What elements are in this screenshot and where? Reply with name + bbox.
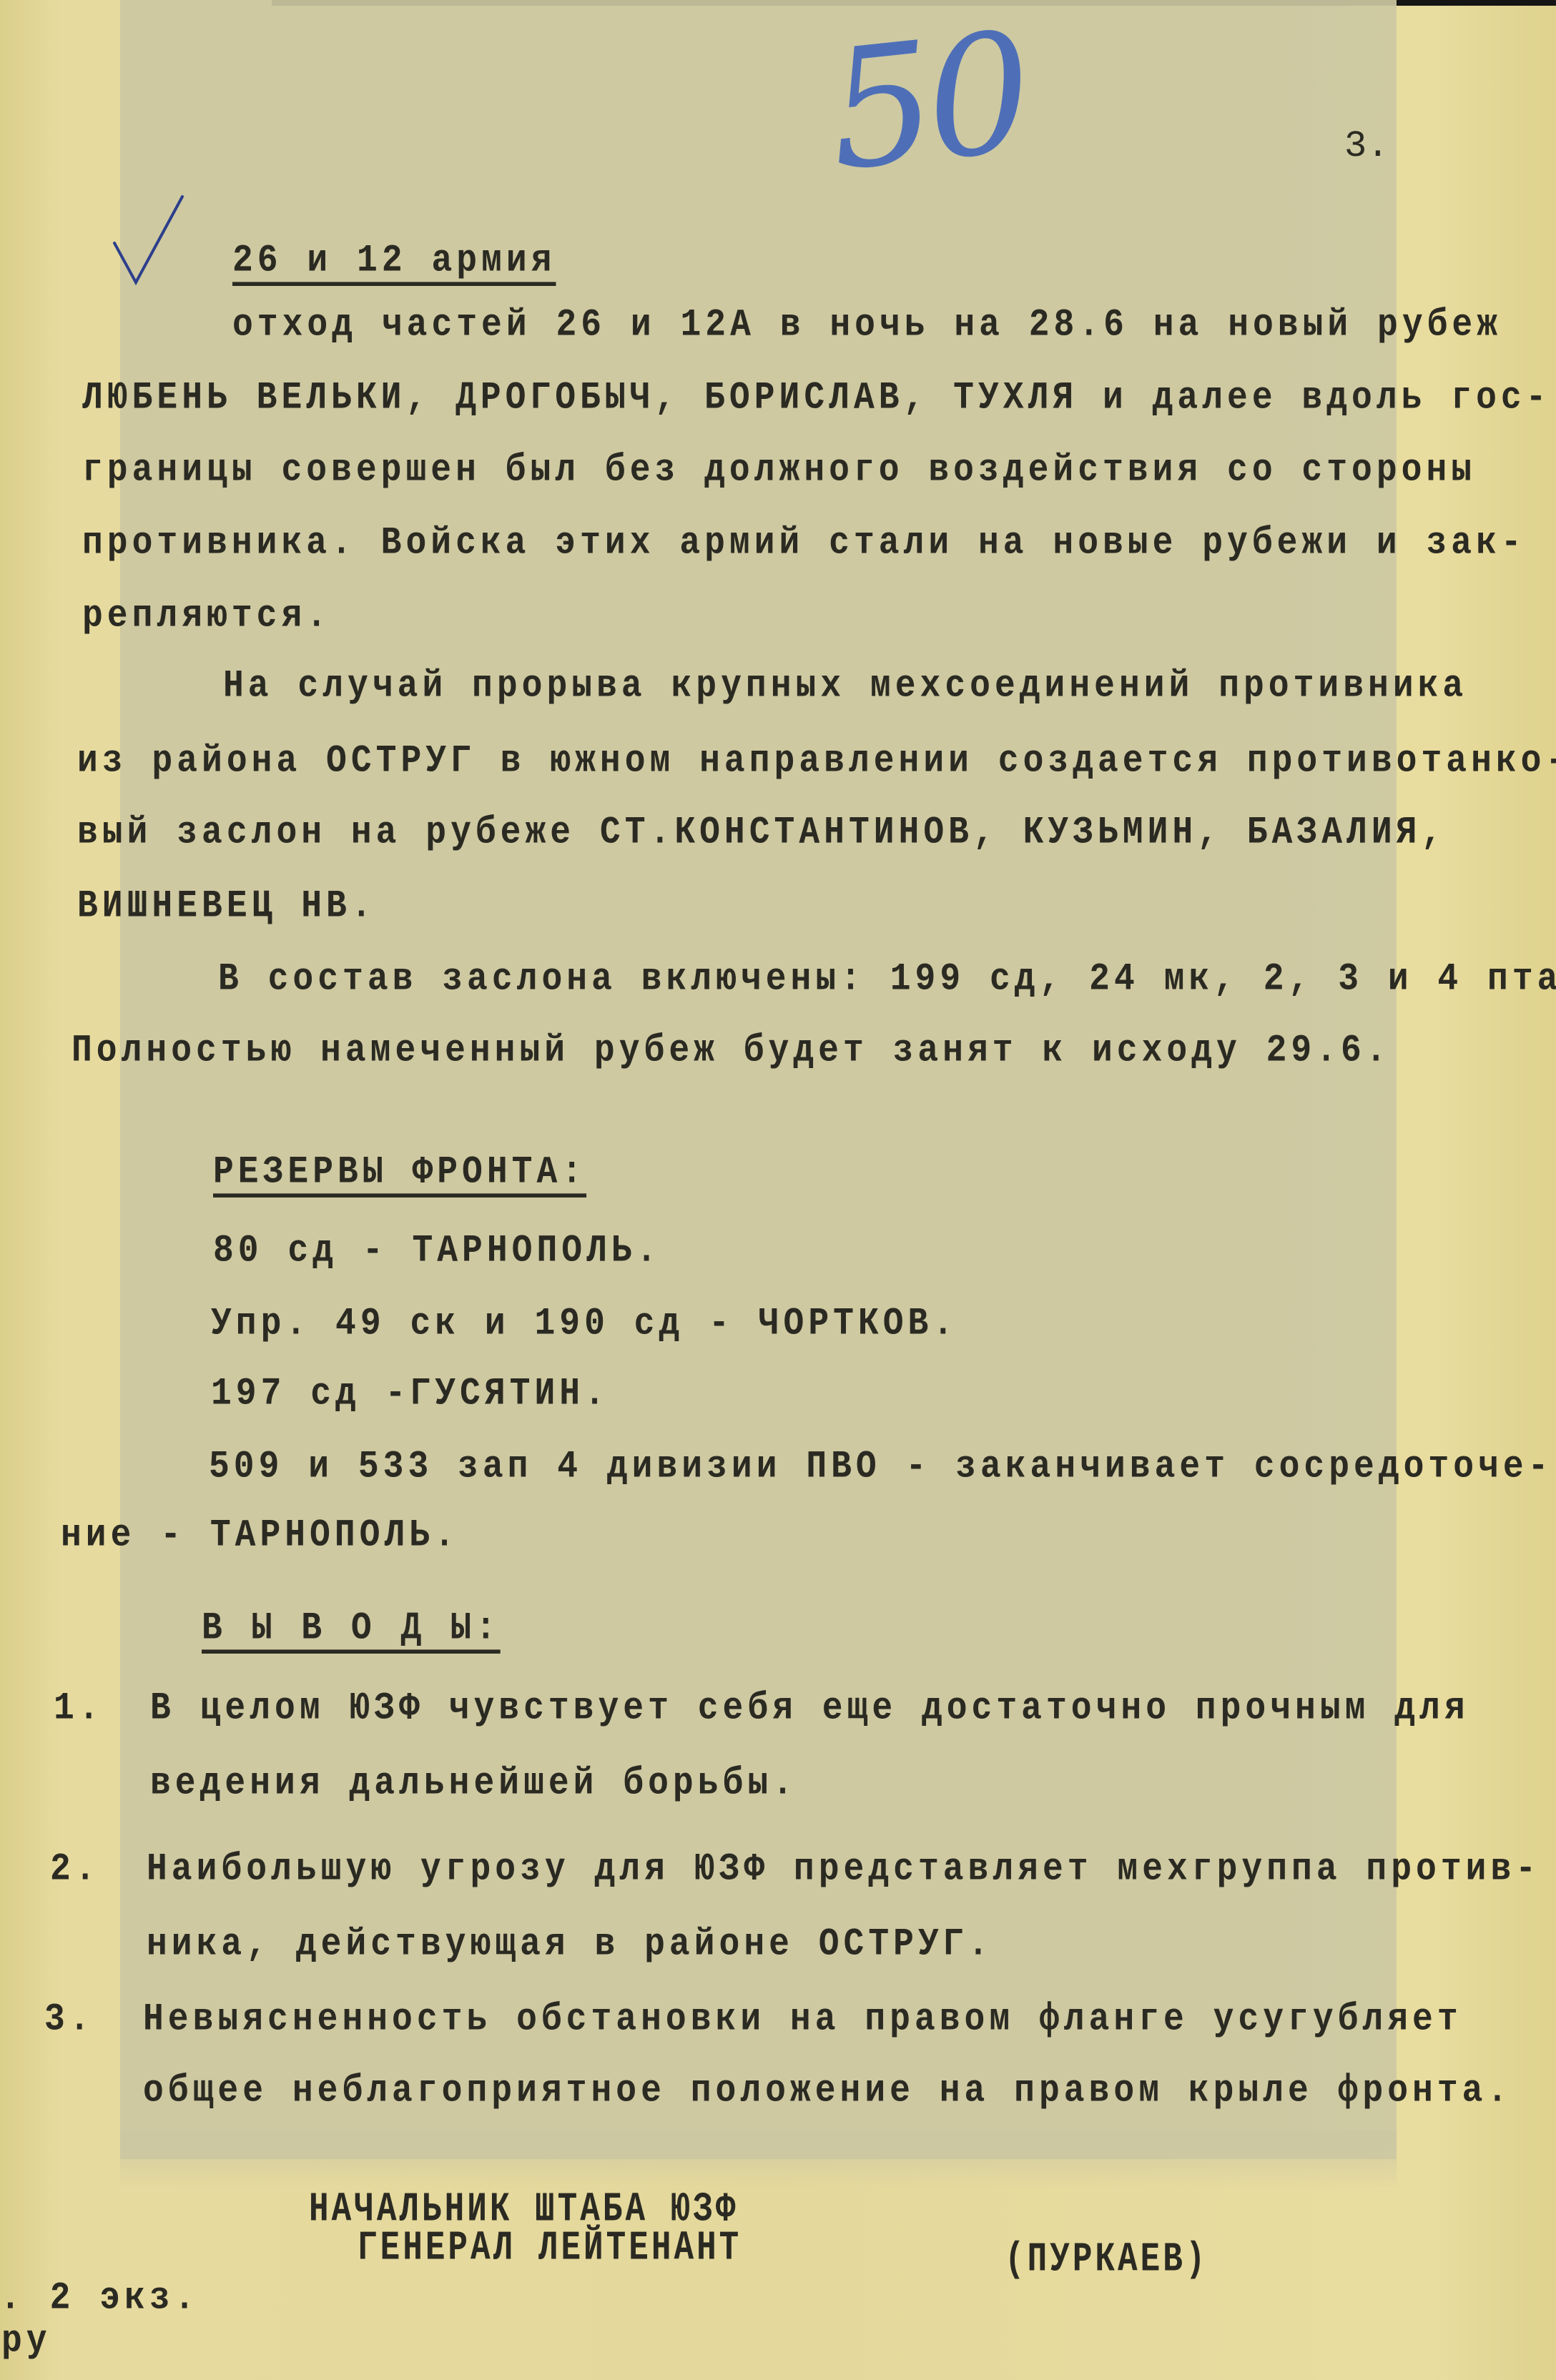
checkmark-icon <box>107 193 193 293</box>
page-number: 3. <box>1344 125 1389 167</box>
conclusion-line: Невыясненность обстановки на правом флан… <box>143 1998 1462 2041</box>
conclusion-line: ведения дальнейшей борьбы. <box>150 1762 797 1805</box>
paragraph-line: ВИШНЕВЕЦ НВ. <box>77 885 376 928</box>
handwritten-sheet-number: 50 <box>820 0 1034 208</box>
conclusion-number: 2. <box>50 1848 100 1891</box>
paragraph-line: Полностью намеченный рубеж будет занят к… <box>72 1029 1391 1072</box>
copies-note: . 2 экз. <box>0 2277 199 2320</box>
reserve-item: 80 сд - ТАРНОПОЛЬ. <box>213 1230 661 1273</box>
conclusion-line: Наибольшую угрозу для ЮЗФ представляет м… <box>147 1848 1540 1891</box>
conclusion-line: ника, действующая в районе ОСТРУГ. <box>147 1923 993 1966</box>
paragraph-line: В состав заслона включены: 199 сд, 24 мк… <box>218 958 1556 1001</box>
conclusion-number: 3. <box>44 1998 94 2041</box>
reserve-item: Упр. 49 ск и 190 сд - ЧОРТКОВ. <box>211 1303 957 1345</box>
conclusion-number: 1. <box>54 1687 104 1730</box>
overlay-edge <box>120 2130 1397 2188</box>
conclusion-line: общее неблагоприятное положение на право… <box>143 2070 1512 2113</box>
paragraph-line: На случай прорыва крупных мехсоединений … <box>223 665 1467 708</box>
paragraph-line: репляются. <box>82 595 331 638</box>
section-heading-conclusions: В Ы В О Д Ы: <box>202 1607 501 1650</box>
paragraph-line: противника. Войска этих армий стали на н… <box>82 522 1526 565</box>
paragraph-line: из района ОСТРУГ в южном направлении соз… <box>77 740 1556 783</box>
reserve-item: 197 сд -ГУСЯТИН. <box>211 1373 609 1416</box>
typist-initials: ру <box>1 2320 51 2363</box>
paragraph-line: отход частей 26 и 12А в ночь на 28.6 на … <box>232 304 1502 347</box>
reserve-item: 509 и 533 зап 4 дивизии ПВО - заканчивае… <box>209 1446 1552 1488</box>
section-heading-armies: 26 и 12 армия <box>232 240 556 282</box>
section-heading-reserves: РЕЗЕРВЫ ФРОНТА: <box>213 1151 586 1194</box>
paragraph-line: ЛЮБЕНЬ ВЕЛЬКИ, ДРОГОБЫЧ, БОРИСЛАВ, ТУХЛЯ… <box>82 377 1550 420</box>
signature-title-2: ГЕНЕРАЛ ЛЕЙТЕНАНТ <box>358 2225 742 2271</box>
reserve-item: ние - ТАРНОПОЛЬ. <box>61 1514 459 1557</box>
signature-name: (ПУРКАЕВ) <box>1005 2236 1208 2283</box>
conclusion-line: В целом ЮЗФ чувствует себя еще достаточн… <box>150 1687 1469 1730</box>
paragraph-line: вый заслон на рубеже СТ.КОНСТАНТИНОВ, КУ… <box>77 811 1446 854</box>
paragraph-line: границы совершен был без должного воздей… <box>82 449 1476 492</box>
